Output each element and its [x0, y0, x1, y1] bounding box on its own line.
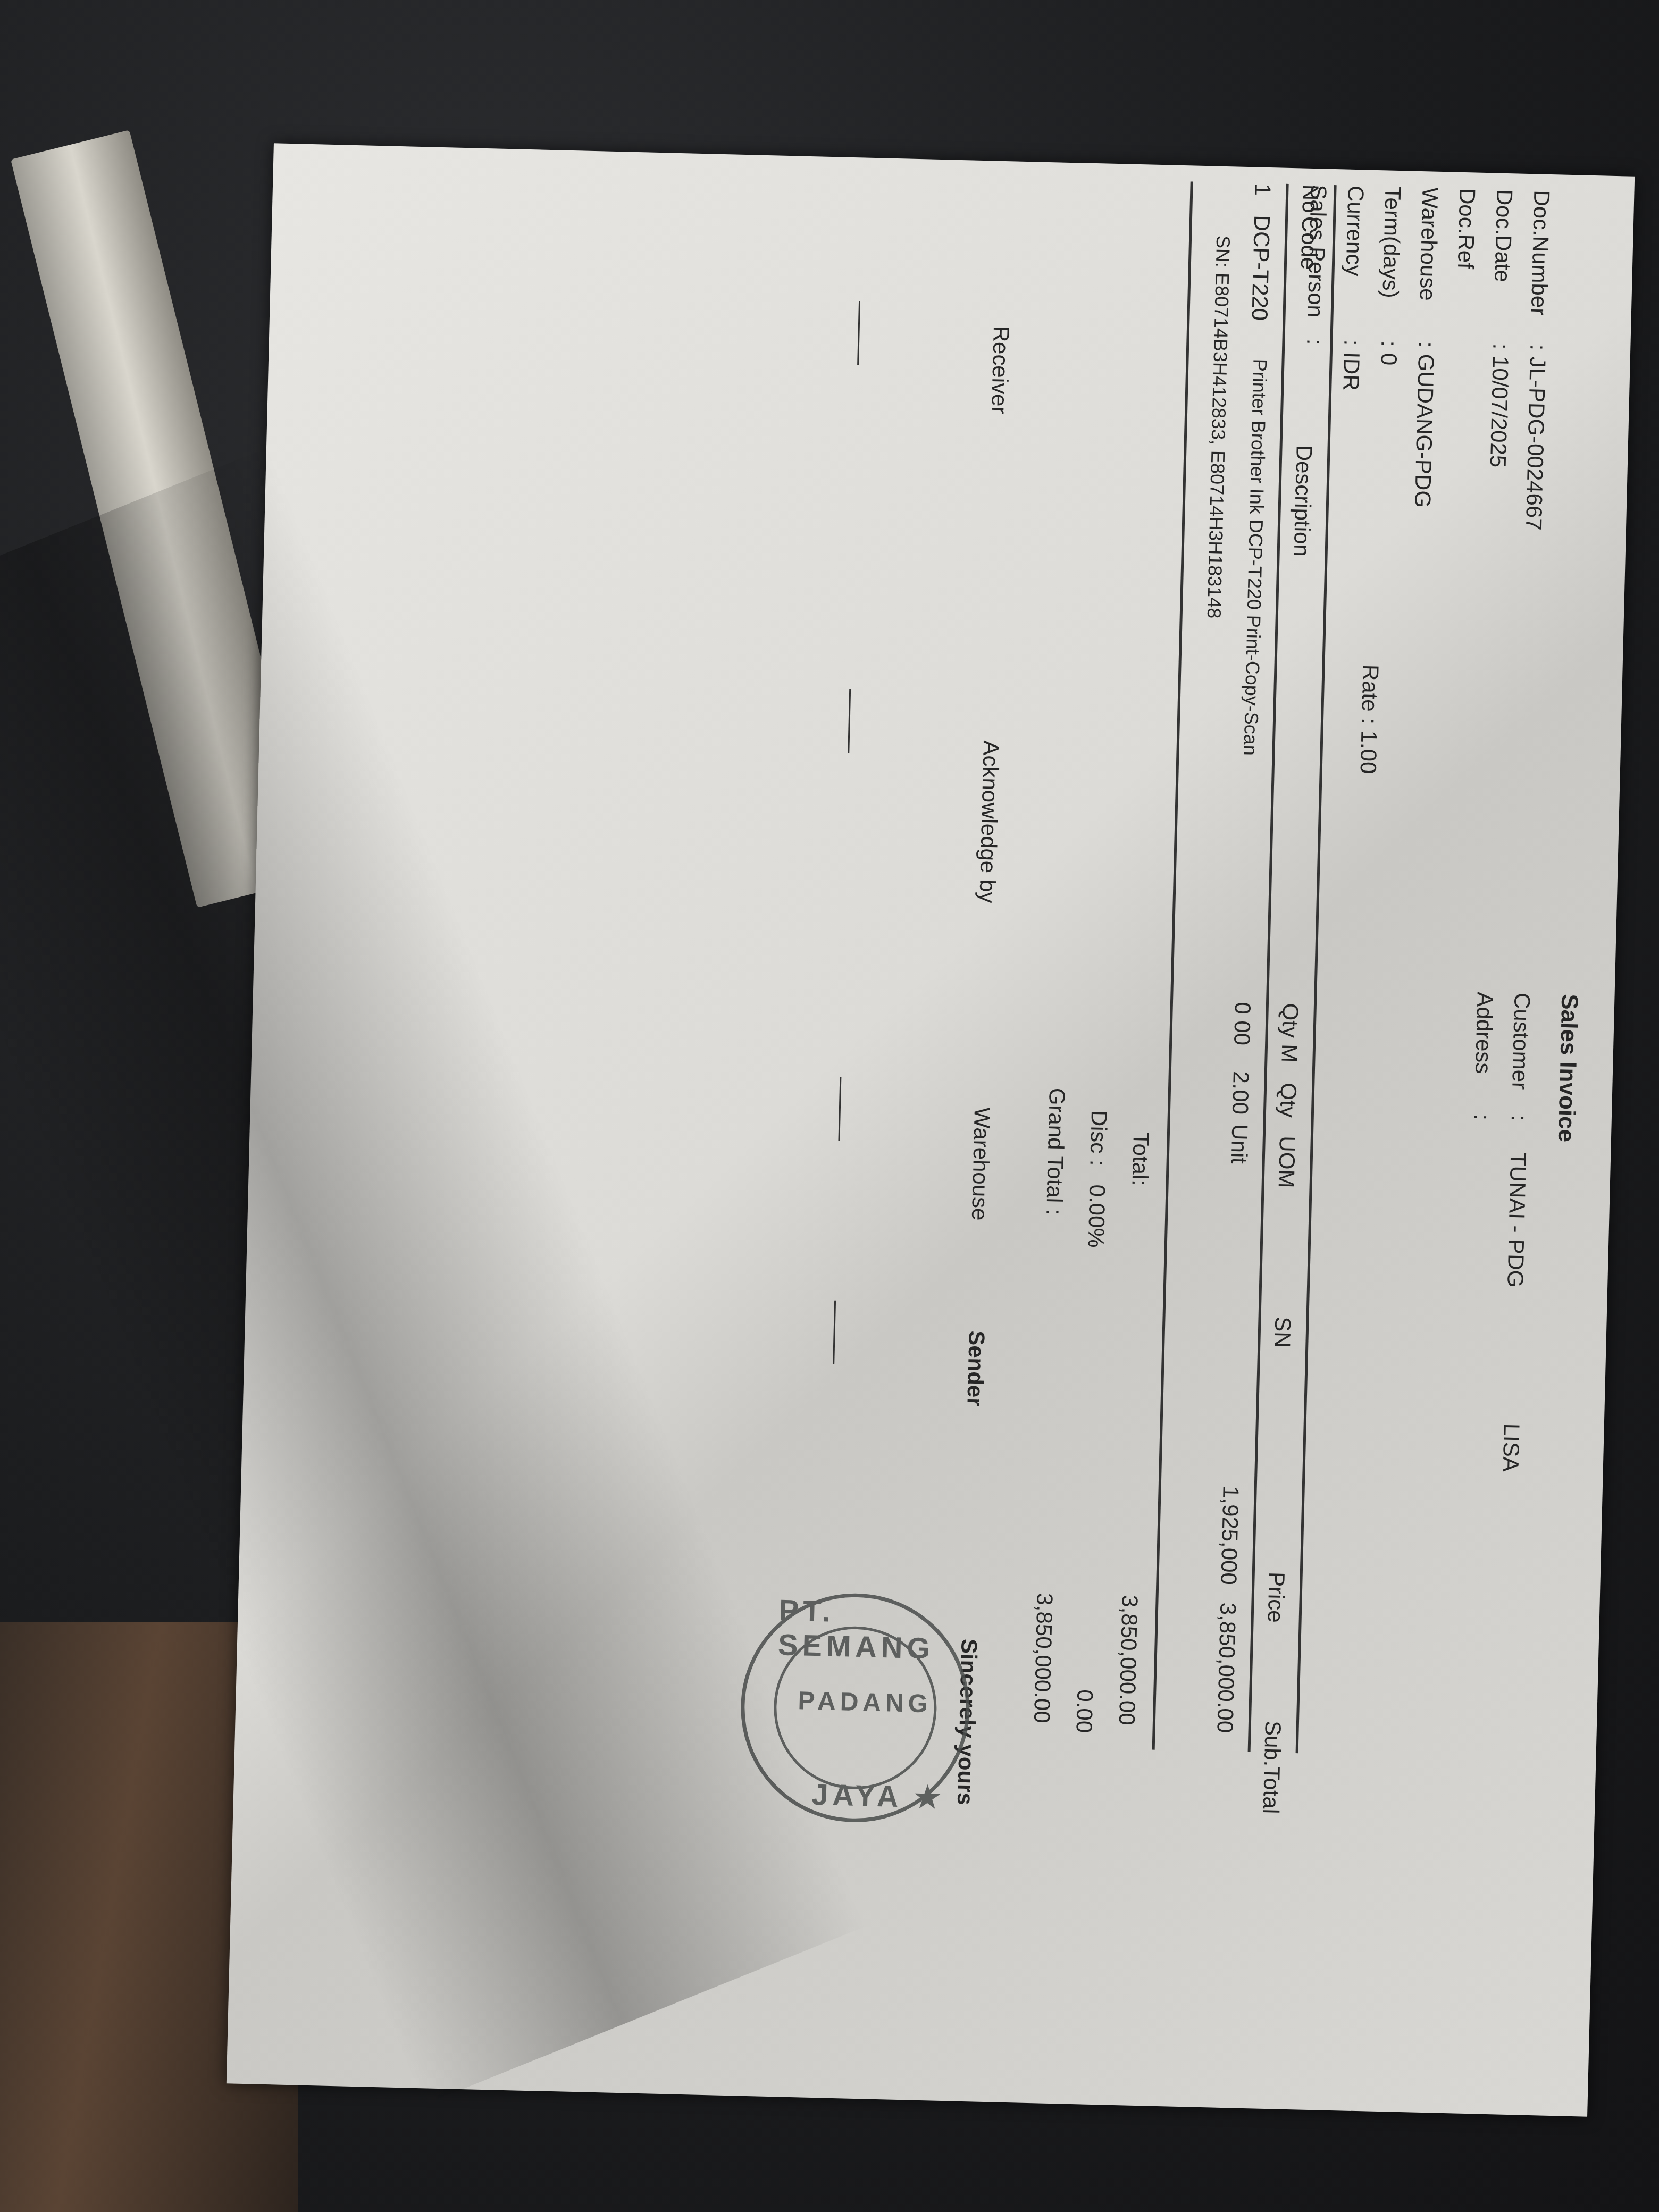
column-header: UOM — [1273, 1136, 1300, 1188]
stamp-bottom-text: JAYA ★ — [811, 1777, 945, 1815]
table-top-rule — [1296, 185, 1337, 1753]
table-cell: 1,925,000 — [1216, 1485, 1244, 1585]
table-cell: 1 — [1250, 183, 1276, 196]
receiver-signature-line — [857, 301, 860, 365]
column-header: Sub.Total — [1258, 1720, 1286, 1814]
customer-label: Customer — [1507, 993, 1535, 1090]
header-label: Currency — [1340, 185, 1368, 276]
warehouse-signature-line — [838, 1077, 841, 1141]
customer-sep: : — [1506, 1115, 1532, 1121]
header-label: Warehouse — [1414, 187, 1443, 301]
sender-signature-line — [833, 1301, 836, 1364]
table-cell: Printer Brother Ink DCP-T220 Print-Copy-… — [1239, 358, 1271, 756]
customer-contact: LISA — [1498, 1423, 1524, 1472]
acknowledge-label: Acknowledge by — [974, 740, 1003, 903]
header-value: : JL-PDG-0024667 — [1521, 344, 1551, 531]
header-value: : 0 — [1376, 340, 1402, 366]
column-header: Code — [1296, 216, 1322, 270]
invoice-paper: Sales Invoice Doc.Number: JL-PDG-0024667… — [227, 143, 1635, 2116]
disc-percent: 0.00% — [1083, 1184, 1110, 1248]
receiver-label: Receiver — [986, 325, 1014, 414]
table-cell: DCP-T220 — [1246, 215, 1275, 321]
warehouse-sign-label: Warehouse — [967, 1107, 995, 1221]
total-value: 3,850,000.00 — [1114, 1595, 1143, 1725]
disc-value: 0.00 — [1071, 1689, 1097, 1733]
header-label: Doc.Number — [1526, 190, 1555, 316]
header-label: Doc.Date — [1489, 189, 1517, 282]
grand-total-label: Grand Total : — [1041, 1087, 1070, 1216]
sales-invoice: Sales Invoice Doc.Number: JL-PDG-0024667… — [227, 143, 1635, 2116]
company-stamp: PT. SEMANG PADANG JAYA ★ — [738, 1591, 972, 1825]
header-label: Doc.Ref — [1453, 188, 1480, 270]
invoice-title: Sales Invoice — [1553, 994, 1583, 1143]
header-value: : — [1302, 339, 1327, 346]
table-cell: 2.00 — [1227, 1071, 1254, 1115]
table-cell: 0 00 — [1229, 1002, 1255, 1046]
address-label: Address — [1470, 992, 1498, 1074]
header-value: : IDR — [1338, 339, 1364, 391]
header-label: Term(days) — [1377, 186, 1405, 298]
stamp-top-text: PT. SEMANG — [777, 1593, 968, 1666]
total-label: Total: — [1127, 1132, 1154, 1186]
customer-value: TUNAI - PDG — [1502, 1152, 1531, 1287]
header-value: : 10/07/2025 — [1485, 343, 1514, 468]
table-bottom-rule — [1152, 181, 1193, 1749]
stamp-center-text: PADANG — [798, 1686, 933, 1719]
acknowledge-signature-line — [848, 689, 851, 753]
table-cell: 3,850,000.00 — [1212, 1602, 1241, 1733]
column-header: Qty — [1275, 1083, 1302, 1118]
table-header: NoCodeDescriptionQty MQtyUOMSNPriceSub.T… — [1587, 177, 1635, 2117]
header-value: : GUDANG-PDG — [1410, 341, 1439, 508]
disc-label: Disc : — [1085, 1110, 1112, 1166]
serial-numbers: SN: E80714B3H412833, E80714H3H183148 — [1203, 235, 1235, 618]
table-cell: Unit — [1226, 1124, 1253, 1164]
column-header: SN — [1269, 1317, 1295, 1348]
header-fields: Doc.Number: JL-PDG-0024667Doc.Date: 10/0… — [1587, 177, 1635, 2117]
address-sep: : — [1469, 1114, 1495, 1121]
column-header: Qty M — [1276, 1003, 1303, 1063]
rate-text: Rate : 1.00 — [1355, 664, 1384, 774]
grand-total-value: 3,850,000.00 — [1029, 1593, 1058, 1723]
column-header: Price — [1263, 1572, 1289, 1623]
column-header: No — [1297, 184, 1323, 213]
sender-label: Sender — [962, 1330, 989, 1407]
table-body: 1DCP-T220Printer Brother Ink DCP-T220 Pr… — [1587, 177, 1635, 2117]
column-header: Description — [1289, 445, 1317, 557]
